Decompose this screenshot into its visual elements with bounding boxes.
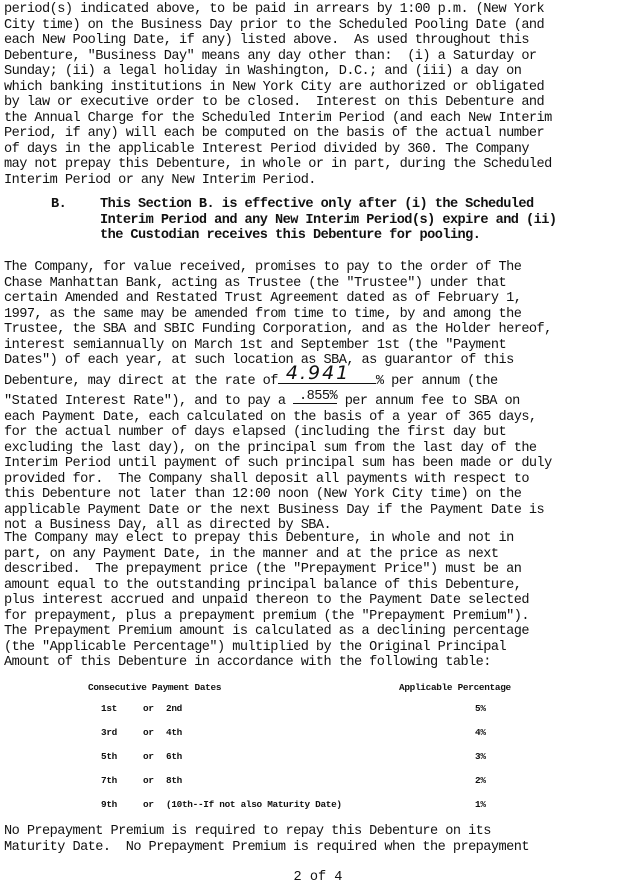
conjunction: or [143,799,154,811]
text-line: Period, if any) will each be computed on… [4,126,552,142]
text-line: Chase Manhattan Bank, acting as Trustee … [4,276,552,292]
column-header-payment-dates: Consecutive Payment Dates [88,682,221,694]
conjunction: or [143,727,154,739]
text-line: Interim Period or any New Interim Period… [4,173,552,189]
payment-date-first: 9th [101,799,117,811]
fee-line-prefix: "Stated Interest Rate"), and to pay a [4,394,293,409]
text-line: (the "Applicable Percentage") multiplied… [4,640,529,656]
applicable-percentage: 3% [475,751,486,763]
text-line: for the actual number of days elapsed (i… [4,425,552,441]
text-line: the Annual Charge for the Scheduled Inte… [4,111,552,127]
text-line: No Prepayment Premium is required to rep… [4,824,529,840]
text-line: This Section B. is effective only after … [100,197,556,213]
payment-date-first: 3rd [101,727,117,739]
applicable-percentage: 1% [475,799,486,811]
text-line: the Custodian receives this Debenture fo… [100,228,556,244]
text-line: Maturity Date. No Prepayment Premium is … [4,840,529,856]
text-line: certain Amended and Restated Trust Agree… [4,291,552,307]
text-line: by law or executive order to be closed. … [4,95,552,111]
conjunction: or [143,703,154,715]
conjunction: or [143,751,154,763]
rate-line-prefix: Debenture, may direct at the rate of [4,374,278,389]
text-line: interest semiannually on March 1st and S… [4,338,552,354]
annual-fee-field: .855% [293,389,337,404]
text-line: may not prepay this Debenture, in whole … [4,157,552,173]
text-line: each Payment Date, each calculated on th… [4,410,552,426]
payment-date-second: 2nd [166,703,182,715]
fee-line: "Stated Interest Rate"), and to pay a .8… [4,389,552,410]
text-line: Trustee, the SBA and SBIC Funding Corpor… [4,322,552,338]
text-line: Debenture, "Business Day" means any day … [4,49,552,65]
handwritten-rate: 4.941 [286,363,350,383]
text-line: amount equal to the outstanding principa… [4,578,529,594]
table-row: 1st or 2nd 5% [4,703,636,715]
text-line: Sunday; (ii) a legal holiday in Washingt… [4,64,552,80]
text-line: part, on any Payment Date, in the manner… [4,547,529,563]
table-row: 7th or 8th 2% [4,775,636,787]
text-line: Interim Period and any New Interim Perio… [100,213,556,229]
text-line: plus interest accrued and unpaid thereon… [4,593,529,609]
payment-date-second: 4th [166,727,182,739]
section-letter: B. [51,197,66,213]
text-line: this Debenture not later than 12:00 noon… [4,487,552,503]
text-line: Amount of this Debenture in accordance w… [4,655,529,671]
table-row: 5th or 6th 3% [4,751,636,763]
paragraph-no-premium: No Prepayment Premium is required to rep… [4,824,529,855]
text-line: of days in the applicable Interest Perio… [4,142,552,158]
payment-date-second: 6th [166,751,182,763]
text-line: 1997, as the same may be amended from ti… [4,307,552,323]
paragraph-prepayment-terms: The Company may elect to prepay this Deb… [4,531,529,671]
stated-interest-rate-field: 4.941 [278,369,376,384]
rate-line: Debenture, may direct at the rate of4.94… [4,369,552,390]
payment-date-first: 1st [101,703,117,715]
text-line: The Company, for value received, promise… [4,260,552,276]
payment-date-second: (10th--If not also Maturity Date) [166,799,342,811]
fee-line-suffix: per annum fee to SBA on [337,394,520,409]
text-line: for prepayment, plus a prepayment premiu… [4,609,529,625]
paragraph-payment-promise: The Company, for value received, promise… [4,260,552,534]
text-line: The Company may elect to prepay this Deb… [4,531,529,547]
column-header-applicable-percentage: Applicable Percentage [399,682,511,694]
payment-date-second: 8th [166,775,182,787]
applicable-percentage: 2% [475,775,486,787]
text-line: each New Pooling Date, if any) listed ab… [4,33,552,49]
text-line: The Prepayment Premium amount is calcula… [4,624,529,640]
page-number: 2 of 4 [0,870,636,886]
table-row: 9th or (10th--If not also Maturity Date)… [4,799,636,811]
text-line: Dates") of each year, at such location a… [4,353,552,369]
annual-fee-value: .855% [299,389,337,405]
rate-line-suffix: % per annum (the [376,374,498,389]
applicable-percentage: 5% [475,703,486,715]
applicable-percentage: 4% [475,727,486,739]
text-line: excluding the last day), on the principa… [4,441,552,457]
text-line: City time) on the Business Day prior to … [4,18,552,34]
payment-date-first: 7th [101,775,117,787]
payment-date-first: 5th [101,751,117,763]
text-line: described. The prepayment price (the "Pr… [4,562,529,578]
table-row: 3rd or 4th 4% [4,727,636,739]
section-b-text: This Section B. is effective only after … [100,197,556,244]
text-line: Interim Period until payment of such pri… [4,456,552,472]
text-line: applicable Payment Date or the next Busi… [4,503,552,519]
text-line: which banking institutions in New York C… [4,80,552,96]
text-line: period(s) indicated above, to be paid in… [4,2,552,18]
paragraph-interest-payment-terms: period(s) indicated above, to be paid in… [4,2,552,188]
conjunction: or [143,775,154,787]
text-line: provided for. The Company shall deposit … [4,472,552,488]
